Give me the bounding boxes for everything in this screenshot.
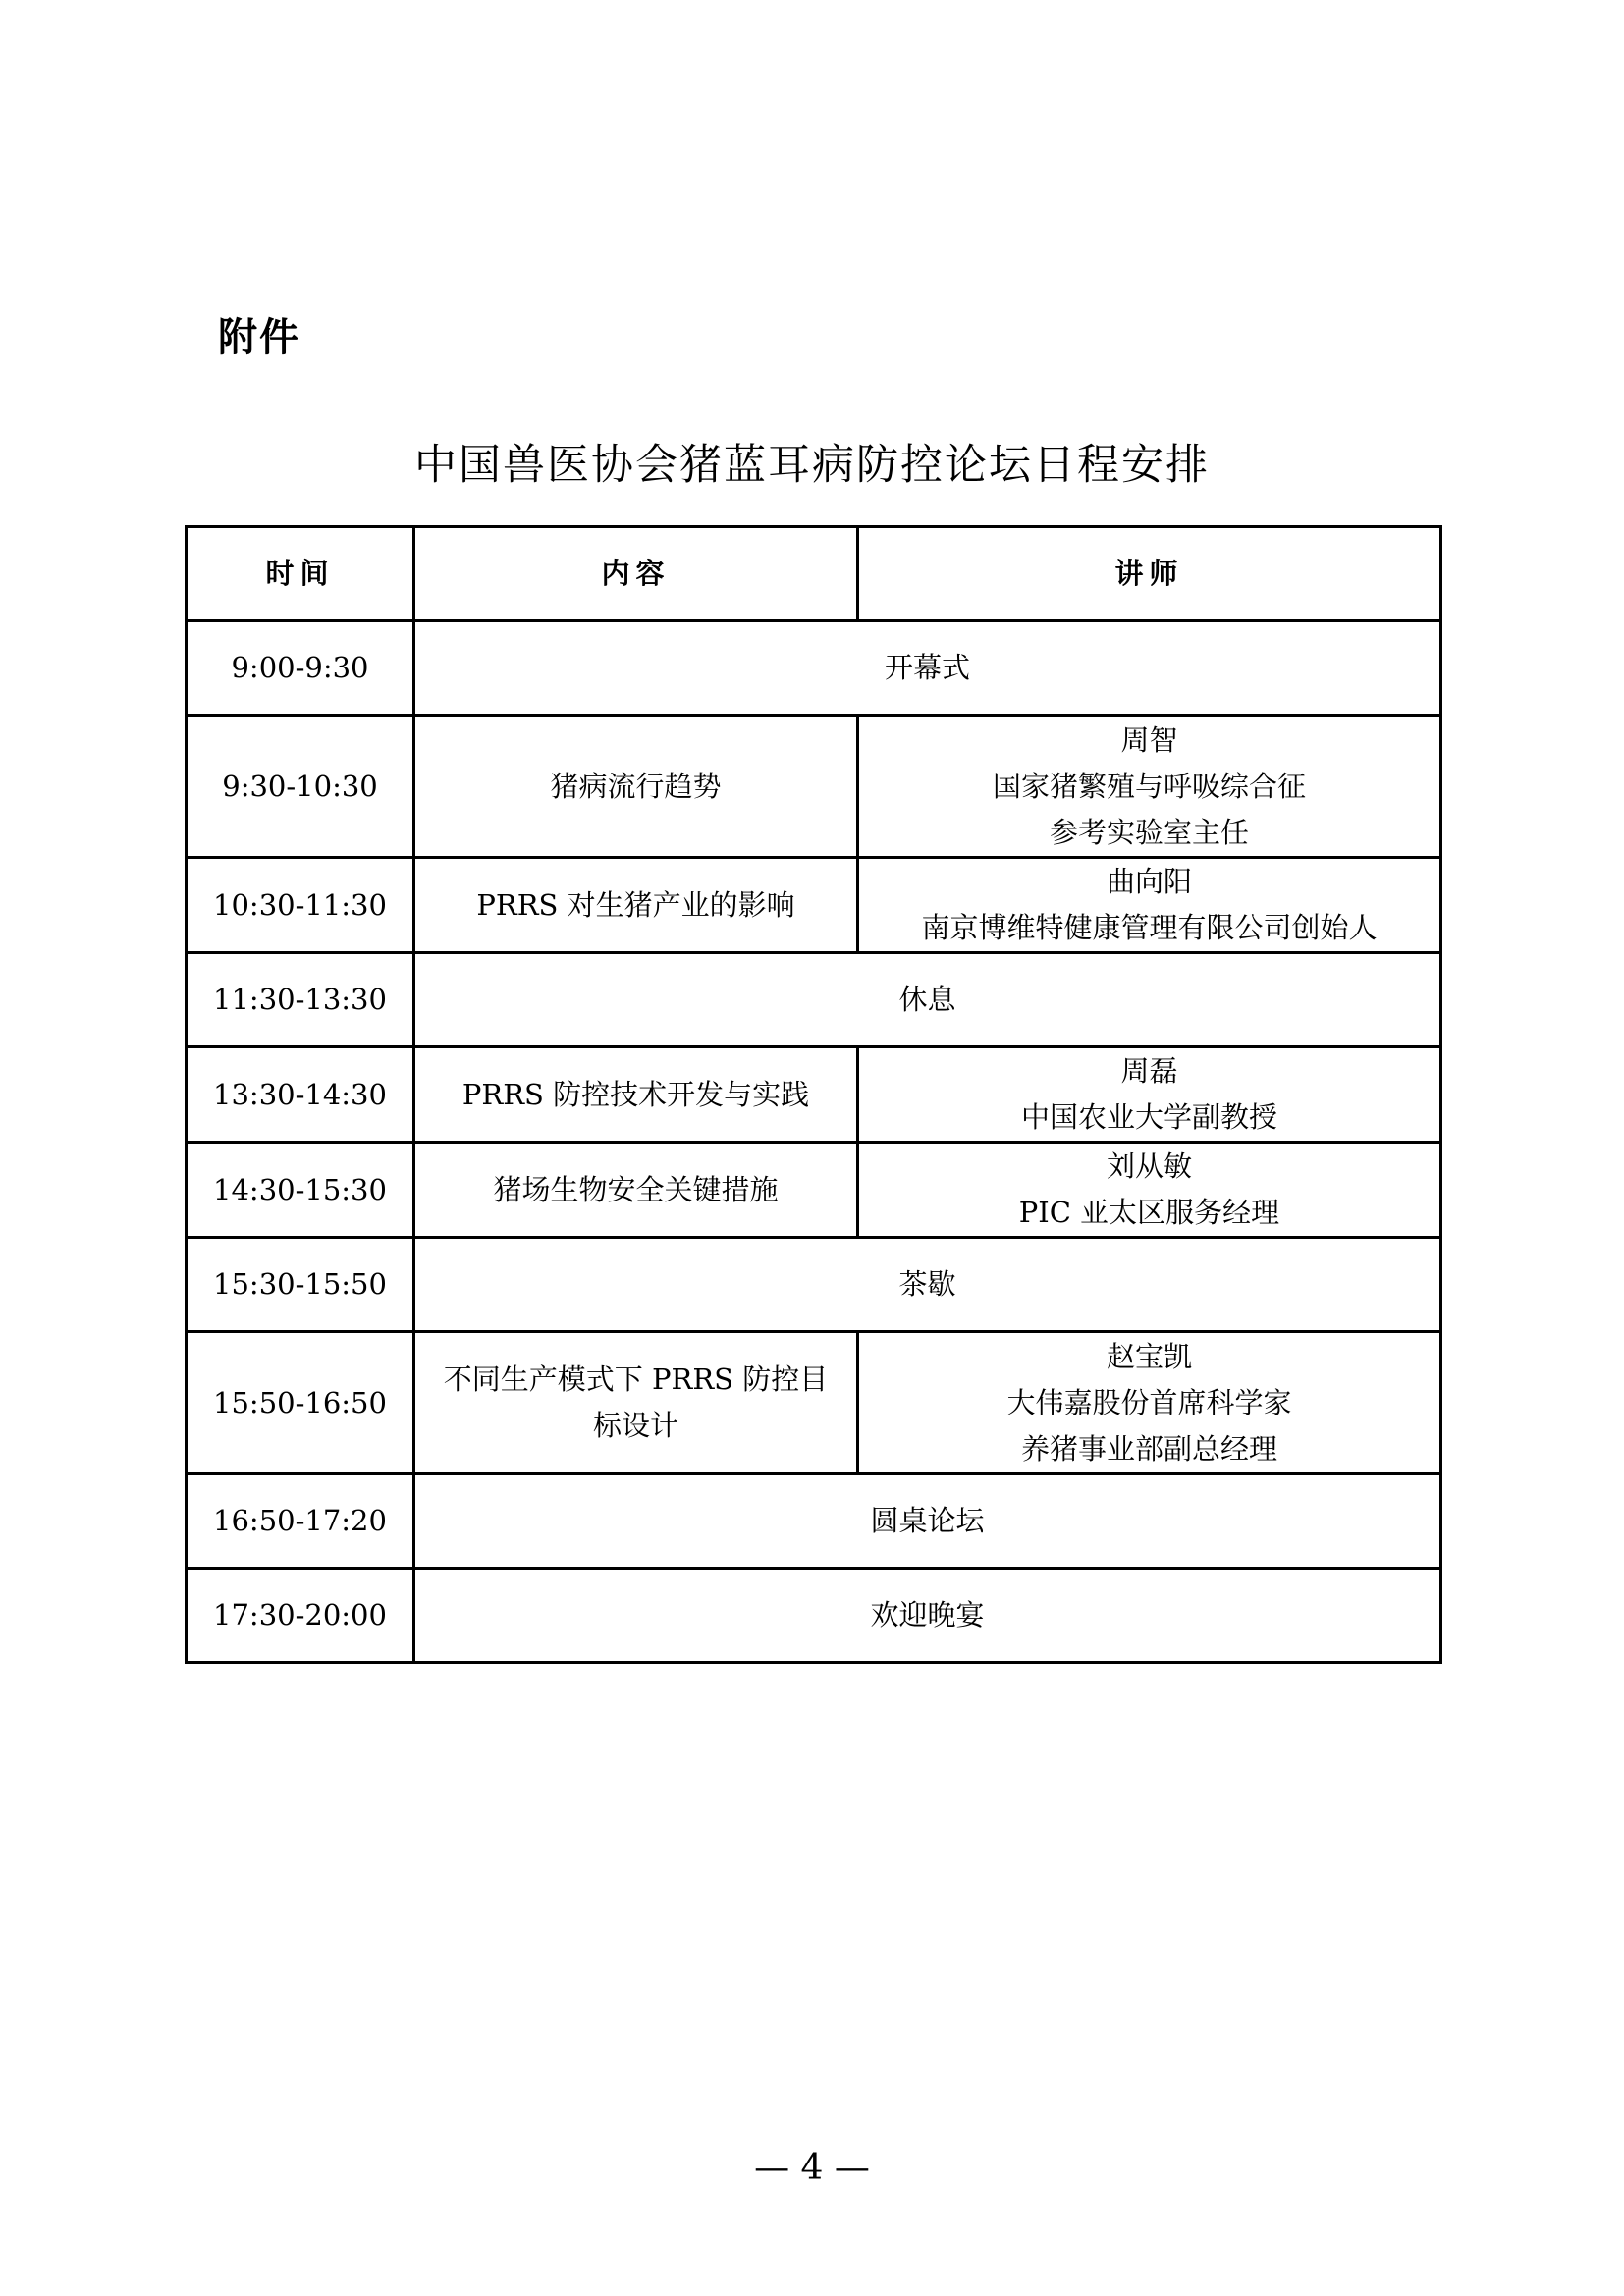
- table-row: 9:00-9:30 开幕式: [187, 621, 1441, 716]
- time-cell: 11:30-13:30: [187, 953, 414, 1047]
- speaker-name: 刘从敏: [865, 1144, 1434, 1190]
- time-cell: 14:30-15:30: [187, 1143, 414, 1238]
- speaker-title: 国家猪繁殖与呼吸综合征: [865, 764, 1434, 810]
- table-row: 11:30-13:30 休息: [187, 953, 1441, 1047]
- table-row: 13:30-14:30 PRRS 防控技术开发与实践 周磊 中国农业大学副教授: [187, 1047, 1441, 1143]
- content-cell: 欢迎晚宴: [414, 1569, 1441, 1663]
- time-cell: 9:30-10:30: [187, 716, 414, 858]
- speaker-title: 中国农业大学副教授: [865, 1095, 1434, 1141]
- header-speaker: 讲师: [858, 527, 1441, 621]
- content-cell: 开幕式: [414, 621, 1441, 716]
- speaker-name: 曲向阳: [865, 859, 1434, 905]
- schedule-table: 时间 内容 讲师 9:00-9:30 开幕式 9:30-10:30 猪病流行趋势…: [185, 525, 1442, 1664]
- content-cell: PRRS 防控技术开发与实践: [414, 1047, 858, 1143]
- table-row: 9:30-10:30 猪病流行趋势 周智 国家猪繁殖与呼吸综合征 参考实验室主任: [187, 716, 1441, 858]
- table-row: 14:30-15:30 猪场生物安全关键措施 刘从敏 PIC 亚太区服务经理: [187, 1143, 1441, 1238]
- speaker-title: 大伟嘉股份首席科学家: [865, 1380, 1434, 1426]
- table-row: 10:30-11:30 PRRS 对生猪产业的影响 曲向阳 南京博维特健康管理有…: [187, 858, 1441, 953]
- attachment-label: 附件: [218, 306, 300, 362]
- speaker-cell: 刘从敏 PIC 亚太区服务经理: [858, 1143, 1441, 1238]
- table-header-row: 时间 内容 讲师: [187, 527, 1441, 621]
- page-title: 中国兽医协会猪蓝耳病防控论坛日程安排: [0, 432, 1624, 492]
- table-row: 17:30-20:00 欢迎晚宴: [187, 1569, 1441, 1663]
- speaker-title: 南京博维特健康管理有限公司创始人: [865, 905, 1434, 951]
- page-number: — 4 —: [0, 2148, 1624, 2188]
- content-line: 不同生产模式下 PRRS 防控目: [421, 1357, 850, 1403]
- time-cell: 15:30-15:50: [187, 1238, 414, 1332]
- speaker-name: 周磊: [865, 1048, 1434, 1095]
- speaker-name: 赵宝凯: [865, 1334, 1434, 1380]
- header-time: 时间: [187, 527, 414, 621]
- speaker-title: PIC 亚太区服务经理: [865, 1190, 1434, 1236]
- header-content: 内容: [414, 527, 858, 621]
- speaker-cell: 赵宝凯 大伟嘉股份首席科学家 养猪事业部副总经理: [858, 1332, 1441, 1474]
- speaker-cell: 曲向阳 南京博维特健康管理有限公司创始人: [858, 858, 1441, 953]
- content-cell: 茶歇: [414, 1238, 1441, 1332]
- time-cell: 15:50-16:50: [187, 1332, 414, 1474]
- table-row: 15:50-16:50 不同生产模式下 PRRS 防控目 标设计 赵宝凯 大伟嘉…: [187, 1332, 1441, 1474]
- content-cell: 猪场生物安全关键措施: [414, 1143, 858, 1238]
- time-cell: 13:30-14:30: [187, 1047, 414, 1143]
- speaker-cell: 周磊 中国农业大学副教授: [858, 1047, 1441, 1143]
- speaker-title: 参考实验室主任: [865, 810, 1434, 856]
- content-cell: 圆桌论坛: [414, 1474, 1441, 1569]
- content-cell: 猪病流行趋势: [414, 716, 858, 858]
- content-cell: 休息: [414, 953, 1441, 1047]
- content-cell: PRRS 对生猪产业的影响: [414, 858, 858, 953]
- time-cell: 16:50-17:20: [187, 1474, 414, 1569]
- time-cell: 17:30-20:00: [187, 1569, 414, 1663]
- speaker-cell: 周智 国家猪繁殖与呼吸综合征 参考实验室主任: [858, 716, 1441, 858]
- time-cell: 10:30-11:30: [187, 858, 414, 953]
- table-row: 16:50-17:20 圆桌论坛: [187, 1474, 1441, 1569]
- content-cell: 不同生产模式下 PRRS 防控目 标设计: [414, 1332, 858, 1474]
- table-row: 15:30-15:50 茶歇: [187, 1238, 1441, 1332]
- speaker-name: 周智: [865, 718, 1434, 764]
- content-line: 标设计: [421, 1403, 850, 1449]
- time-cell: 9:00-9:30: [187, 621, 414, 716]
- speaker-title: 养猪事业部副总经理: [865, 1426, 1434, 1472]
